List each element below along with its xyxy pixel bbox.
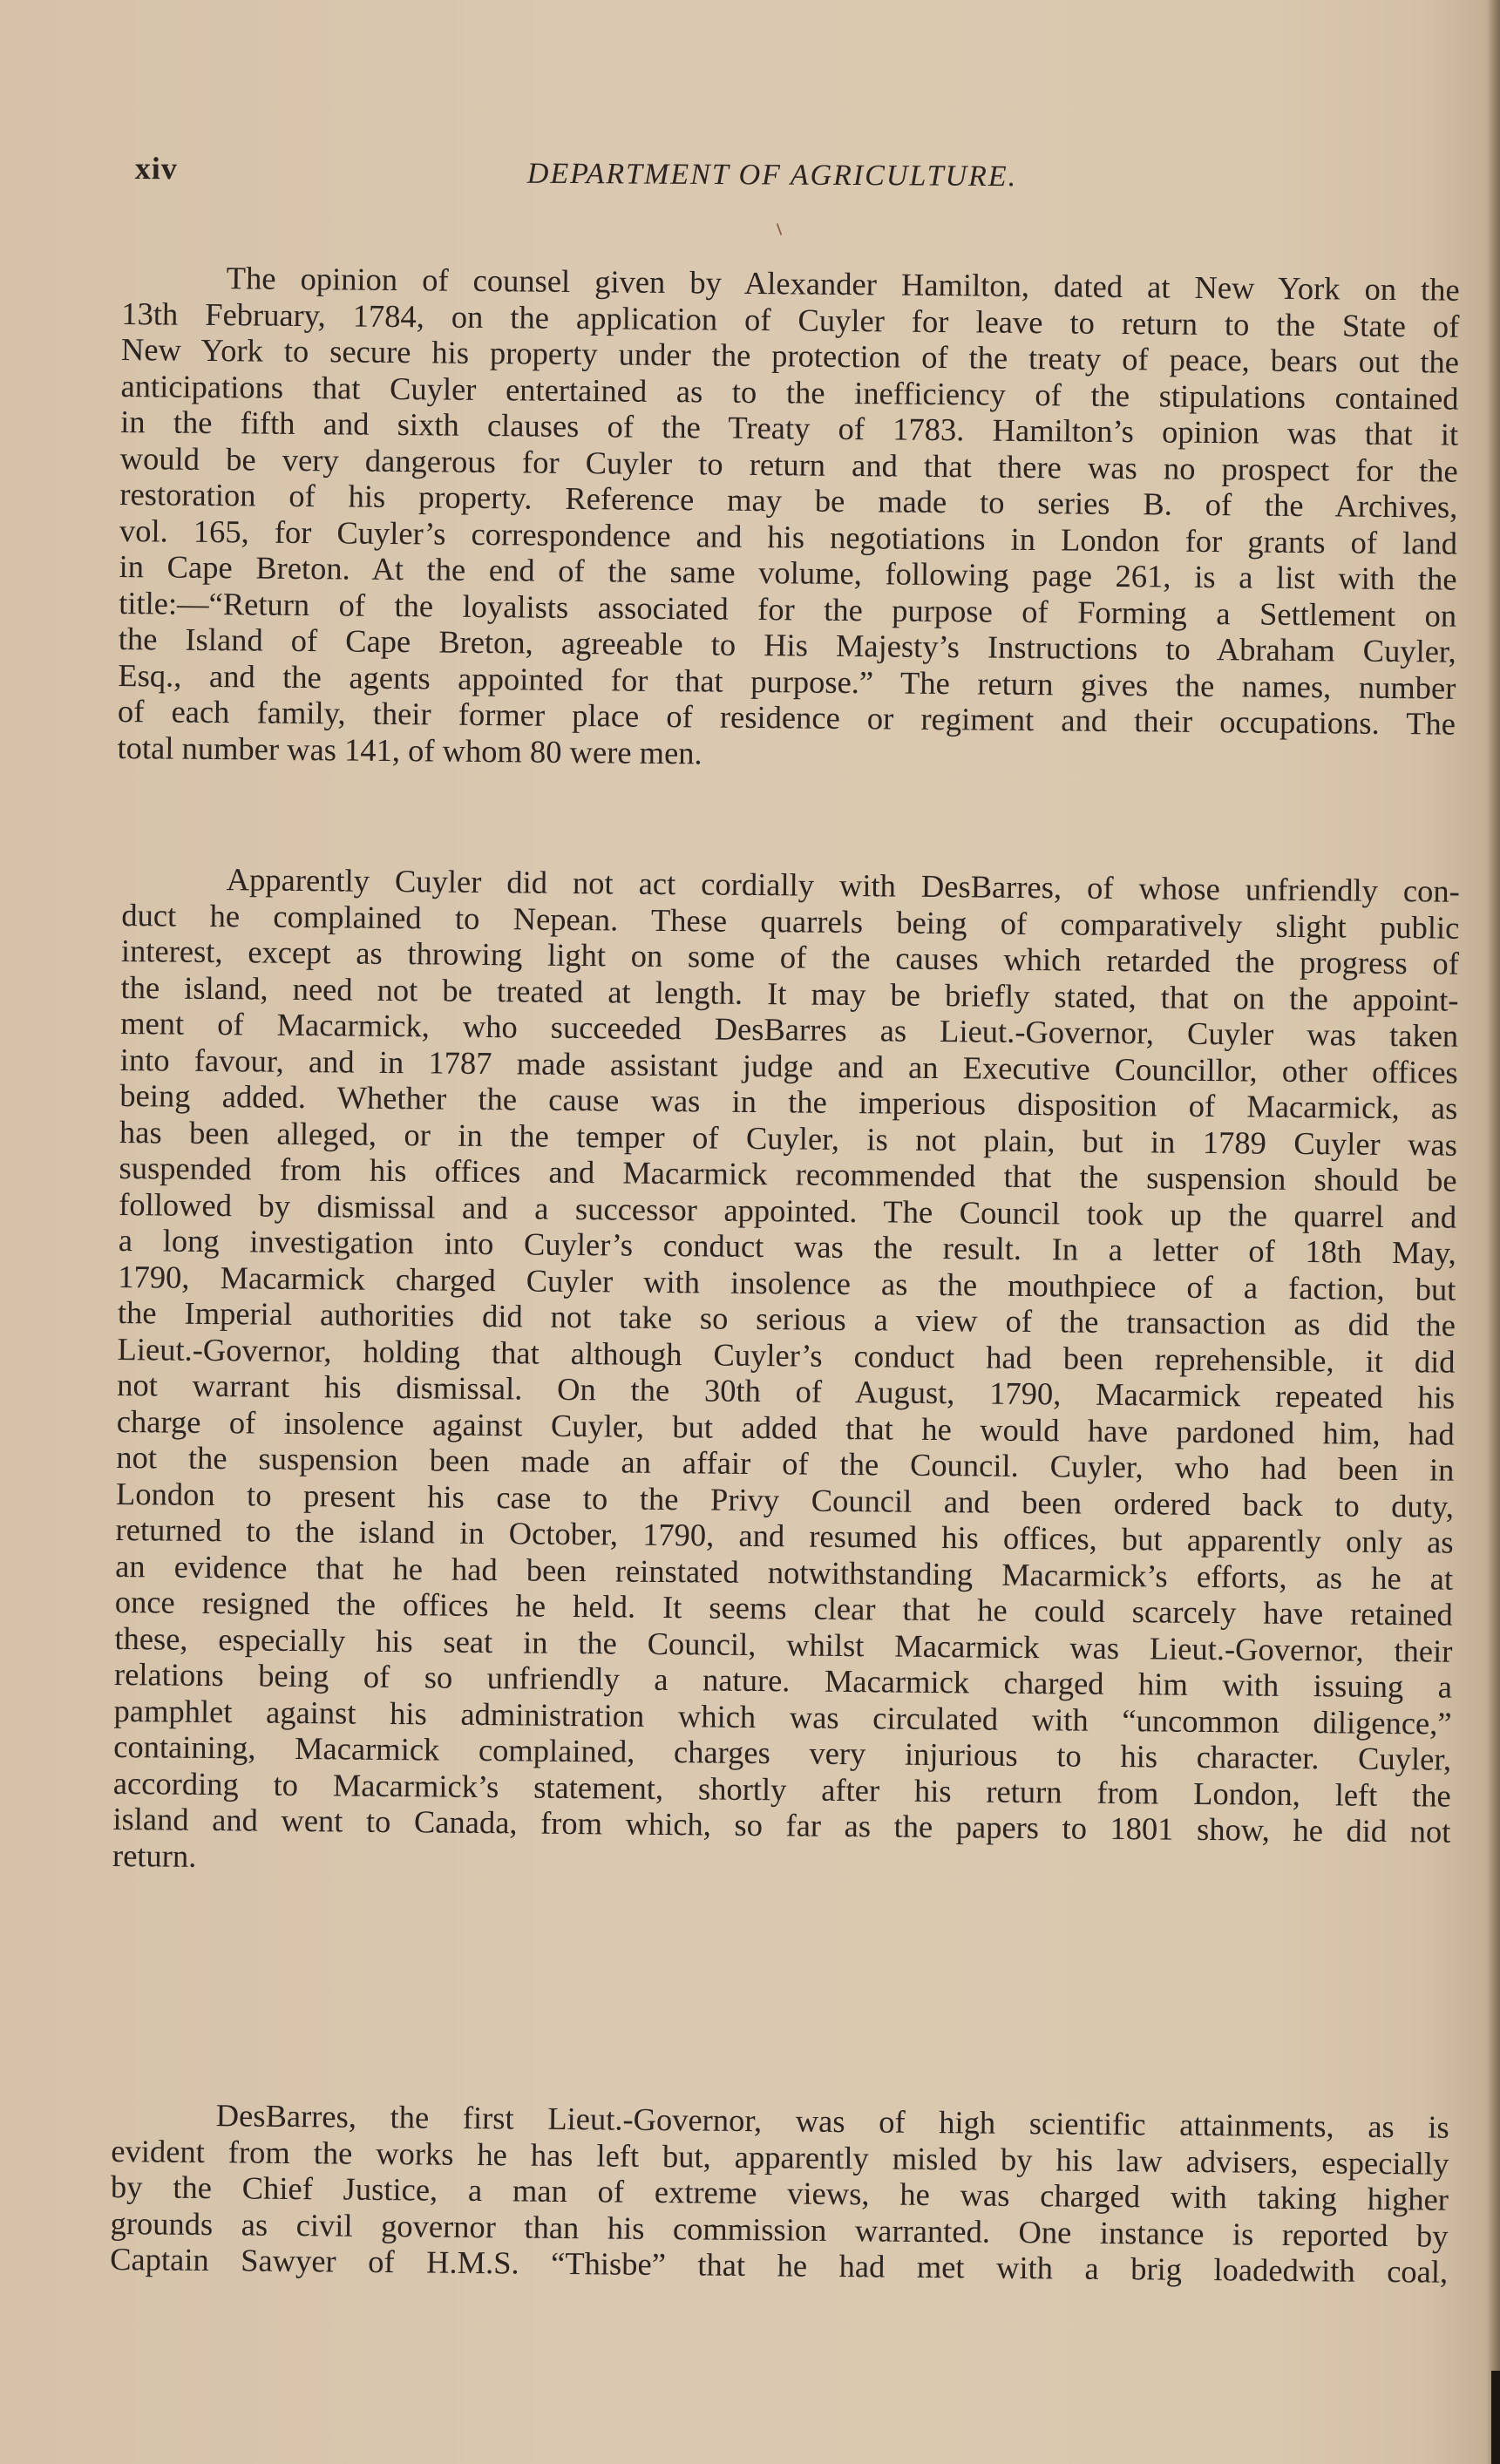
running-head: xiv DEPARTMENT OF AGRICULTURE. — [135, 150, 1477, 201]
ink-mark — [777, 223, 783, 235]
scanned-book-page: xiv DEPARTMENT OF AGRICULTURE. The opini… — [0, 0, 1500, 2464]
paragraph-3: DesBarres, the first Lieut.-Governor, wa… — [110, 2096, 1449, 2290]
running-head-title: DEPARTMENT OF AGRICULTURE. — [527, 158, 1018, 193]
paragraph-1: The opinion of counsel given by Alexande… — [117, 259, 1460, 778]
binding-edge — [1491, 2371, 1500, 2464]
page-edge-shadow — [1488, 0, 1500, 2464]
paragraph-2: Apparently Cuyler did not act cordially … — [112, 860, 1460, 1886]
page-number: xiv — [135, 150, 178, 187]
